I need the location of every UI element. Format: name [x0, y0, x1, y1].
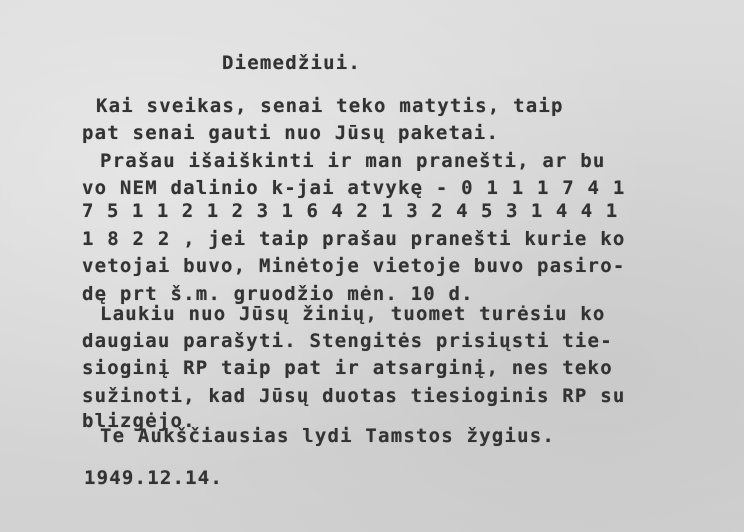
- letter-line: 1 8 2 2 , jei taip prašau pranešti kurie…: [82, 228, 625, 250]
- letter-line: sioginį RP taip pat ir atsarginį, nes te…: [82, 357, 613, 379]
- letter-date: 1949.12.14.: [84, 467, 223, 489]
- letter-salutation: Diemedžiui.: [222, 52, 361, 74]
- letter-closing: Te Aukščiausias lydi Tamstos žygius.: [100, 425, 555, 447]
- letter-code-line: 7511212316421324531441: [82, 200, 631, 222]
- letter-line: dę prt š.m. gruodžio mėn. 10 d.: [82, 283, 474, 305]
- letter-line: Kai sveikas, senai teko matytis, taip: [96, 95, 564, 117]
- typewritten-letter: Diemedžiui. Kai sveikas, senai teko maty…: [0, 0, 744, 532]
- letter-line: sužinoti, kad Jūsų duotas tiesioginis RP…: [82, 385, 625, 407]
- letter-line: Prašau išaiškinti ir man pranešti, ar bu: [100, 150, 606, 172]
- letter-line: Laukiu nuo Jūsų žinių, tuomet turėsiu ko: [100, 303, 606, 325]
- letter-line: pat senai gauti nuo Jūsų paketai.: [82, 122, 499, 144]
- letter-line: vetojai buvo, Minėtoje vietoje buvo pasi…: [82, 255, 625, 277]
- letter-line: vo NEM dalinio k-jai atvykę - 0 1 1 1 7 …: [82, 177, 625, 199]
- letter-line: daugiau parašyti. Stengitės prisiųsti ti…: [82, 330, 613, 352]
